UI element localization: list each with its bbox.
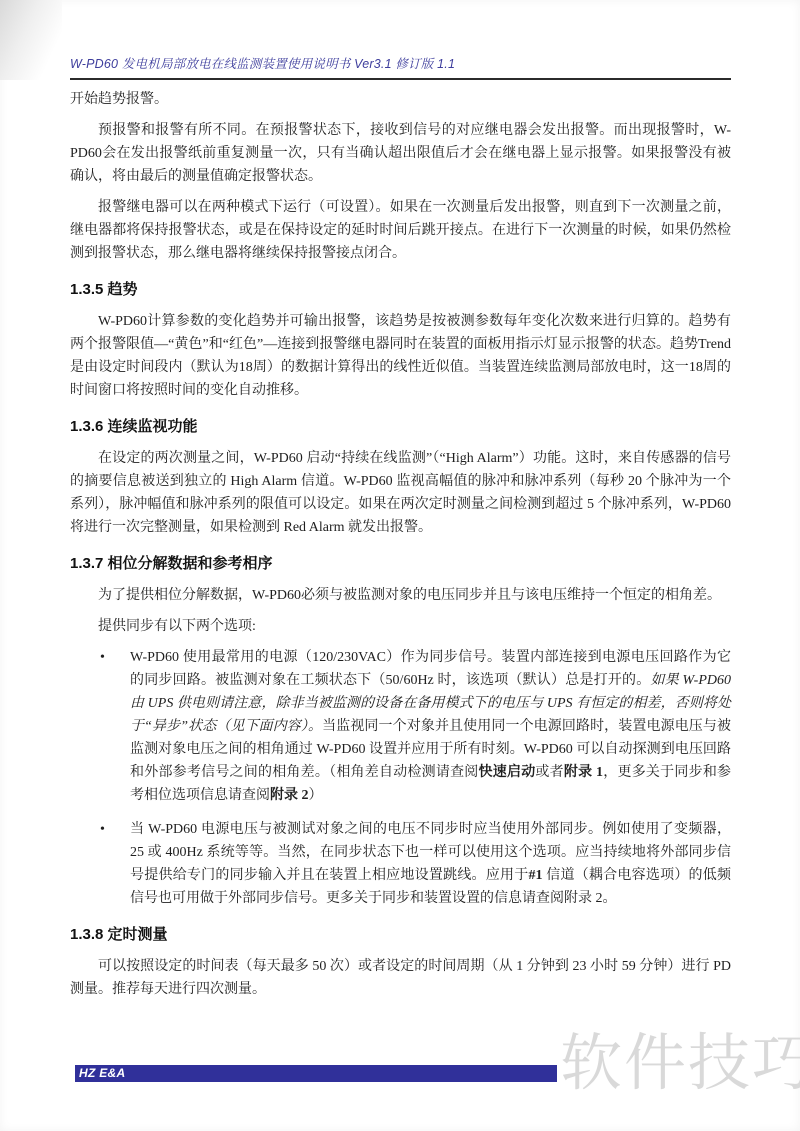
intro-paragraph: 开始趋势报警。 xyxy=(70,88,731,111)
bullet1-segment-normal-3: 或者 xyxy=(535,765,563,780)
bullet1-ref-quickstart: 快速启动 xyxy=(479,765,536,780)
sync-option-external: 当 W-PD60 电源电压与被测试对象之间的电压不同步时应当使用外部同步。例如使… xyxy=(130,818,731,910)
paragraph-phase-resolved: 为了提供相位分解数据，W-PD60必须与被监测对象的电压同步并且与该电压维持一个… xyxy=(70,584,731,607)
running-header: W-PD60 发电机局部放电在线监测装置使用说明书 Ver3.1 修订版 1.1 xyxy=(70,54,731,80)
page-content: W-PD60 发电机局部放电在线监测装置使用说明书 Ver3.1 修订版 1.1… xyxy=(70,54,731,1009)
bullet1-ref-appendix-1: 附录 1 xyxy=(564,765,603,780)
document-body: 开始趋势报警。 预报警和报警有所不同。在预报警状态下，接收到信号的对应继电器会发… xyxy=(70,88,731,1001)
section-heading-1-3-8: 1.3.8 定时测量 xyxy=(70,925,731,945)
bullet1-segment-normal-1: W-PD60 使用最常用的电源（120/230VAC）作为同步信号。装置内部连接… xyxy=(130,650,731,688)
paragraph-prealarm: 预报警和报警有所不同。在预报警状态下，接收到信号的对应继电器会发出报警。而出现报… xyxy=(70,119,731,188)
section-heading-1-3-7: 1.3.7 相位分解数据和参考相序 xyxy=(70,554,731,574)
paragraph-sync-options-lead: 提供同步有以下两个选项: xyxy=(70,615,731,638)
bullet2-channel-ref: #1 xyxy=(529,868,543,883)
paragraph-relay-modes: 报警继电器可以在两种模式下运行（可设置）。如果在一次测量后发出报警，则直到下一次… xyxy=(70,196,731,265)
section-heading-1-3-5: 1.3.5 趋势 xyxy=(70,280,731,300)
footer-brand-logo: HZ E&A xyxy=(75,1065,557,1082)
document-page: W-PD60 发电机局部放电在线监测装置使用说明书 Ver3.1 修订版 1.1… xyxy=(0,0,800,1131)
paragraph-trend: W-PD60计算参数的变化趋势并可输出报警，该趋势是按被测参数每年变化次数来进行… xyxy=(70,310,731,402)
paragraph-continuous-monitoring: 在设定的两次测量之间，W-PD60 启动“持续在线监测”（“High Alarm… xyxy=(70,447,731,539)
footer-bar: HZ E&A xyxy=(75,1065,557,1082)
section-heading-1-3-6: 1.3.6 连续监视功能 xyxy=(70,417,731,437)
bullet1-segment-normal-5: ） xyxy=(309,788,323,803)
bullet1-ref-appendix-2: 附录 2 xyxy=(270,788,309,803)
sync-option-power-supply: W-PD60 使用最常用的电源（120/230VAC）作为同步信号。装置内部连接… xyxy=(130,646,731,807)
paragraph-scheduled-measurement: 可以按照设定的时间表（每天最多 50 次）或者设定的时间周期（从 1 分钟到 2… xyxy=(70,955,731,1001)
header-title: W-PD60 发电机局部放电在线监测装置使用说明书 Ver3.1 修订版 1.1 xyxy=(70,57,455,71)
scan-corner-shade xyxy=(0,0,62,80)
sync-options-list: W-PD60 使用最常用的电源（120/230VAC）作为同步信号。装置内部连接… xyxy=(70,646,731,910)
watermark-text: 软件技巧 xyxy=(560,1028,800,1099)
